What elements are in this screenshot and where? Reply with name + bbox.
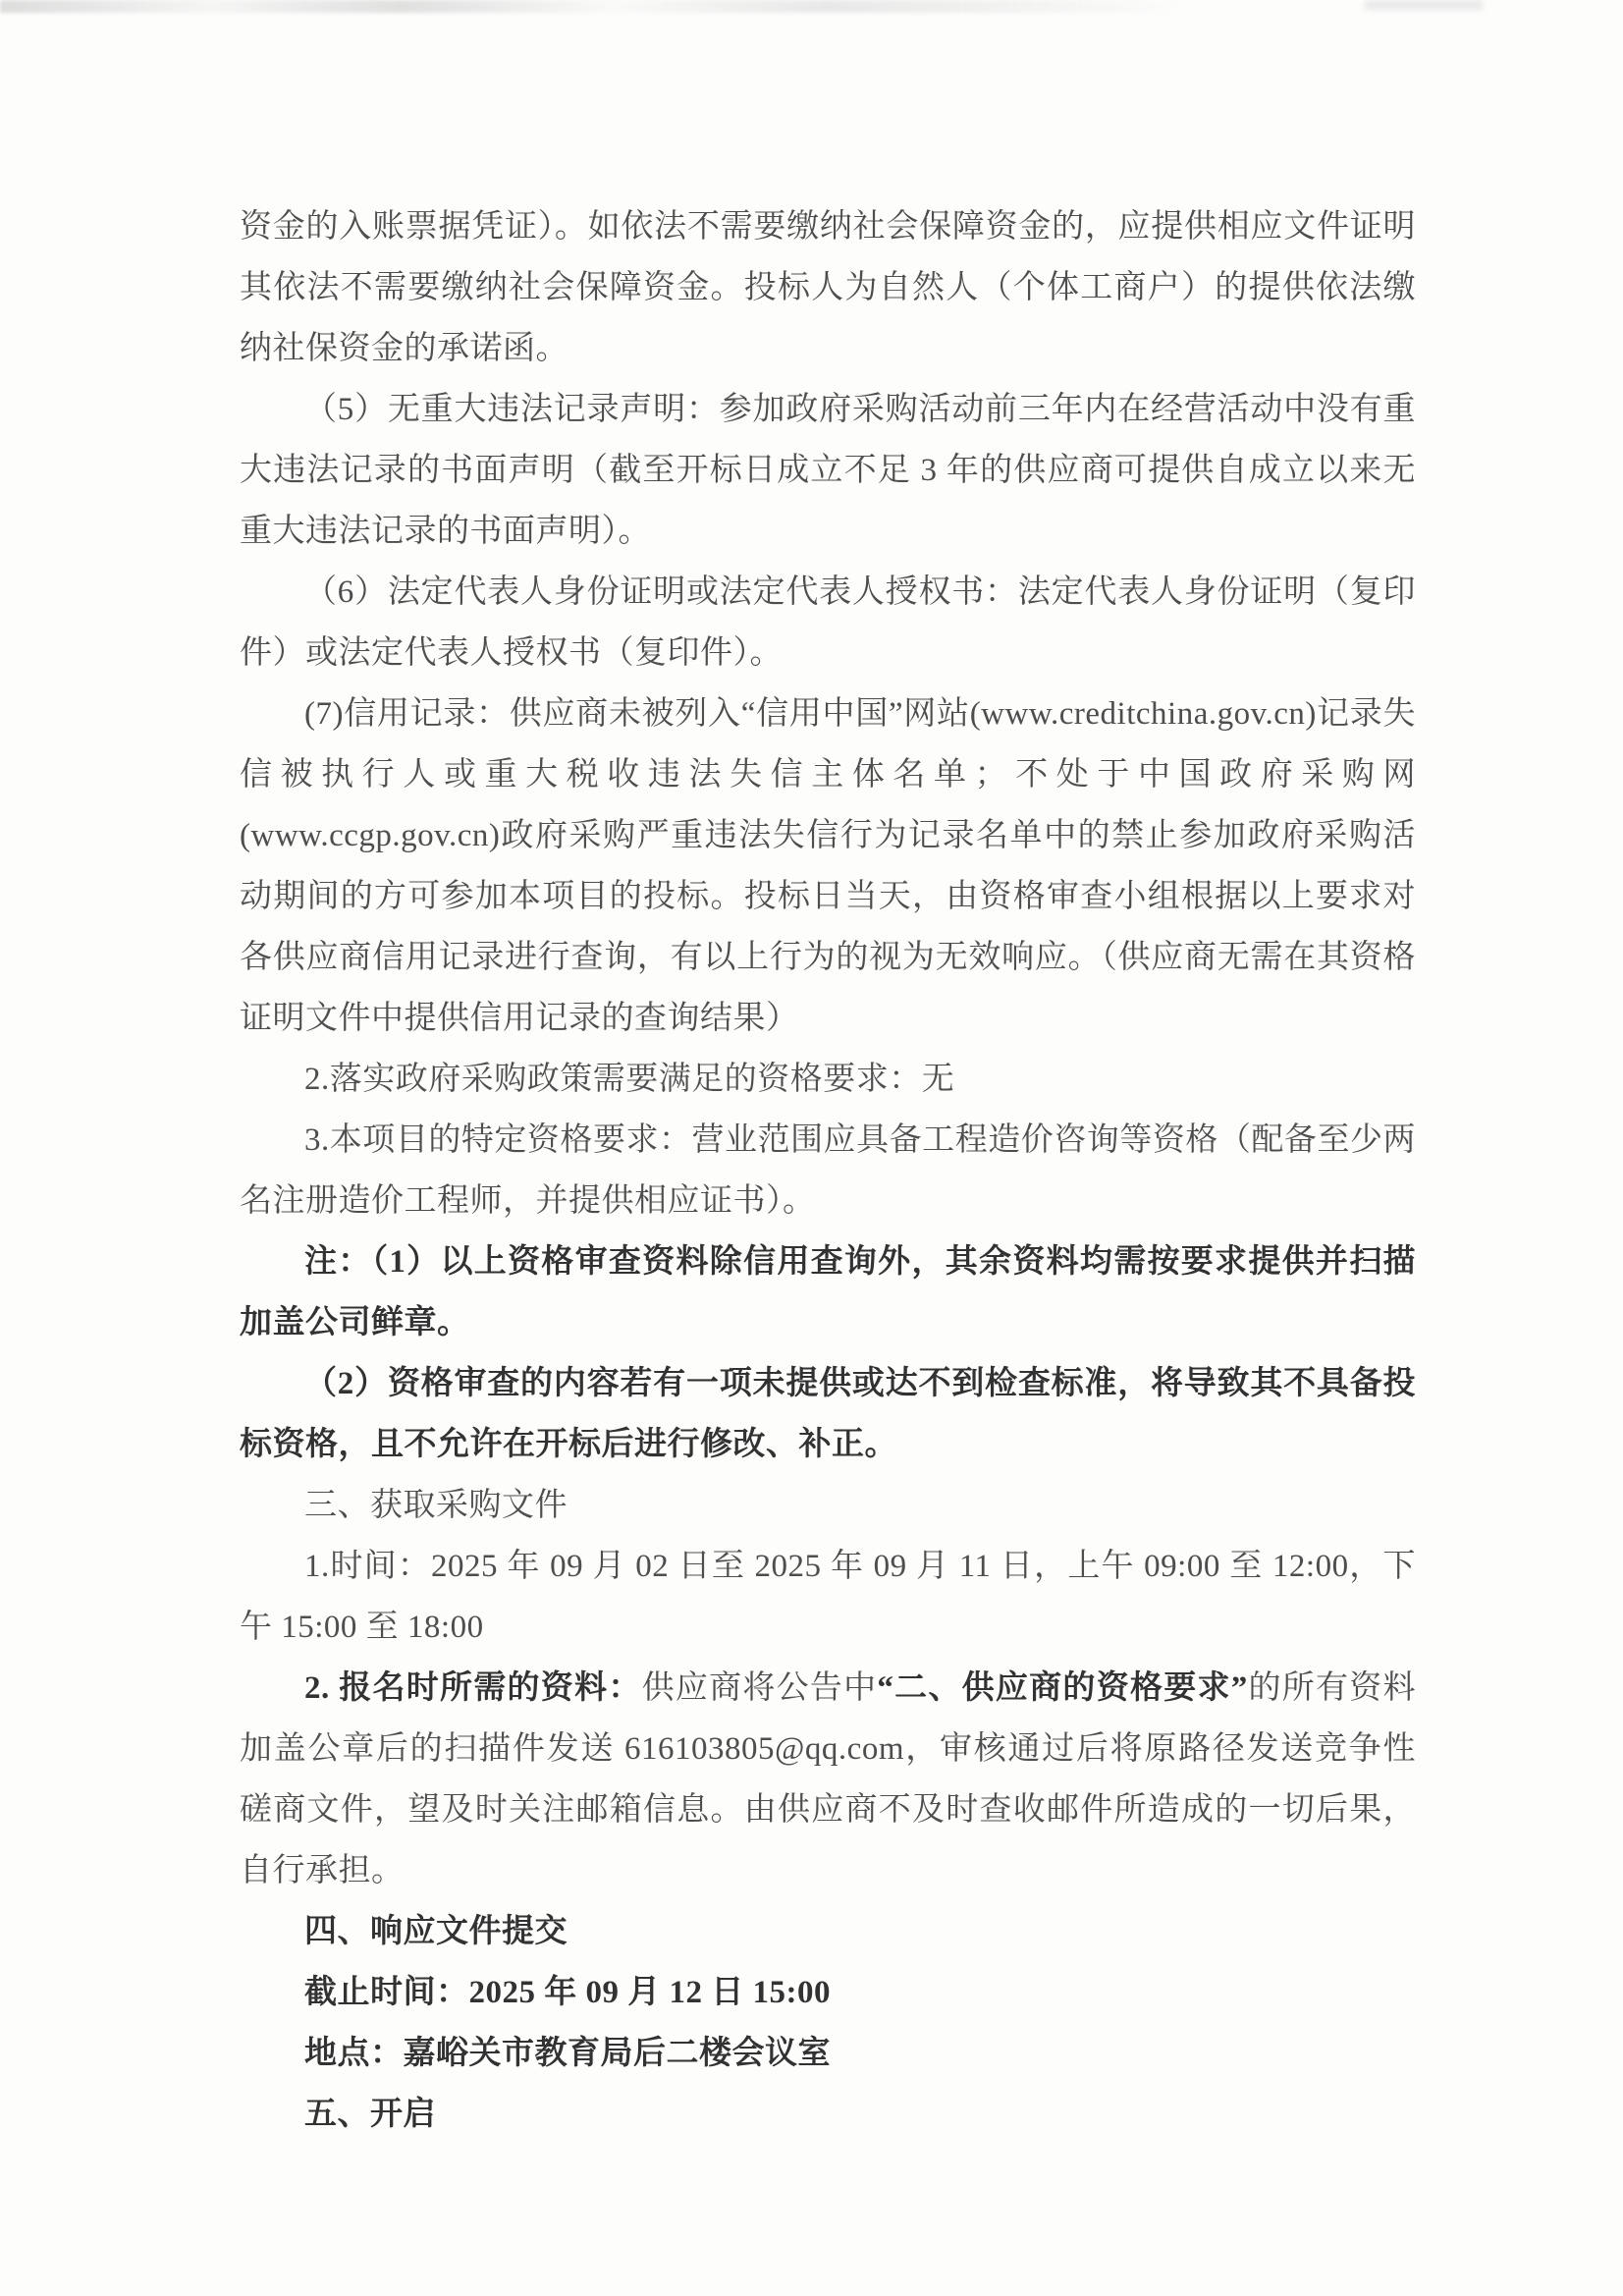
text-segment: (7)信用记录：供应商未被列入“信用中国”网站(www.creditchina.… (240, 696, 1416, 1036)
text-segment-bold: “二、供应商的资格要求” (877, 1670, 1247, 1706)
text-segment-bold: （2）资格审查的内容若有一项未提供或达不到检查标准，将导致其不具备投标资格，且不… (240, 1366, 1416, 1462)
paragraph-2: （5）无重大违法记录声明：参加政府采购活动前三年内在经营活动中没有重大违法记录的… (240, 379, 1416, 562)
text-segment: 2.落实政府采购政策需要满足的资格要求：无 (304, 1062, 954, 1097)
paragraph-8: （2）资格审查的内容若有一项未提供或达不到检查标准，将导致其不具备投标资格，且不… (240, 1353, 1416, 1475)
paragraph-6: 3.本项目的特定资格要求：营业范围应具备工程造价咨询等资格（配备至少两名注册造价… (240, 1110, 1416, 1231)
text-segment-bold: 2. 报名时所需的资料： (304, 1670, 642, 1706)
paragraph-4: (7)信用记录：供应商未被列入“信用中国”网站(www.creditchina.… (240, 683, 1416, 1049)
text-segment: 3.本项目的特定资格要求：营业范围应具备工程造价咨询等资格（配备至少两名注册造价… (240, 1122, 1416, 1219)
document-page: 资金的入账票据凭证）。如依法不需要缴纳社会保障资金的，应提供相应文件证明其依法不… (0, 0, 1623, 2296)
scan-artifact-top-right (1365, 0, 1483, 10)
text-segment-bold: 五、开启 (304, 2097, 436, 2132)
text-segment-bold: 注：（1）以上资格审查资料除信用查询外，其余资料均需按要求提供并扫描加盖公司鲜章… (240, 1244, 1416, 1340)
paragraph-13: 截止时间：2025 年 09 月 12 日 15:00 (240, 1962, 1416, 2023)
text-segment: （6）法定代表人身份证明或法定代表人授权书：法定代表人身份证明（复印件）或法定代… (240, 574, 1416, 671)
paragraph-15: 五、开启 (240, 2084, 1416, 2145)
document-content: 资金的入账票据凭证）。如依法不需要缴纳社会保障资金的，应提供相应文件证明其依法不… (240, 196, 1416, 2145)
paragraph-7: 注：（1）以上资格审查资料除信用查询外，其余资料均需按要求提供并扫描加盖公司鲜章… (240, 1231, 1416, 1353)
paragraph-12: 四、响应文件提交 (240, 1901, 1416, 1962)
text-segment: 1.时间：2025 年 09 月 02 日至 2025 年 09 月 11 日，… (240, 1549, 1416, 1645)
paragraph-3: （6）法定代表人身份证明或法定代表人授权书：法定代表人身份证明（复印件）或法定代… (240, 562, 1416, 683)
text-segment: 资金的入账票据凭证）。如依法不需要缴纳社会保障资金的，应提供相应文件证明其依法不… (240, 209, 1416, 366)
text-segment-bold: 四、响应文件提交 (304, 1914, 568, 1949)
text-segment-bold: 地点：嘉峪关市教育局后二楼会议室 (304, 2036, 831, 2071)
paragraph-14: 地点：嘉峪关市教育局后二楼会议室 (240, 2023, 1416, 2084)
text-segment: 三、获取采购文件 (304, 1488, 568, 1523)
paragraph-11: 2. 报名时所需的资料：供应商将公告中“二、供应商的资格要求”的所有资料加盖公章… (240, 1658, 1416, 1901)
text-segment: （5）无重大违法记录声明：参加政府采购活动前三年内在经营活动中没有重大违法记录的… (240, 392, 1416, 549)
text-segment-bold: 截止时间：2025 年 09 月 12 日 15:00 (304, 1975, 831, 2010)
scan-artifact-top (0, 0, 1178, 13)
text-segment: 供应商将公告中 (642, 1670, 878, 1706)
paragraph-10: 1.时间：2025 年 09 月 02 日至 2025 年 09 月 11 日，… (240, 1536, 1416, 1658)
paragraph-9: 三、获取采购文件 (240, 1475, 1416, 1536)
paragraph-5: 2.落实政府采购政策需要满足的资格要求：无 (240, 1049, 1416, 1110)
paragraph-1: 资金的入账票据凭证）。如依法不需要缴纳社会保障资金的，应提供相应文件证明其依法不… (240, 196, 1416, 379)
